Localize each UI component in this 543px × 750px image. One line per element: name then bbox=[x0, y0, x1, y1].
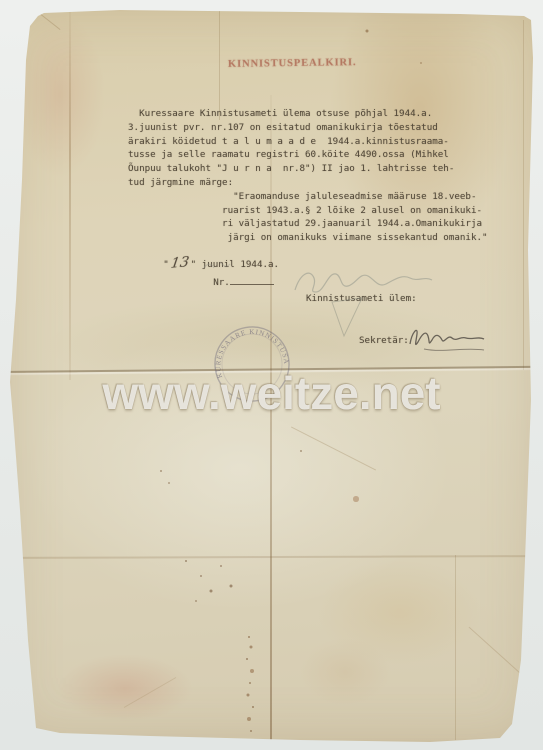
vertical-fold-top bbox=[219, 0, 220, 120]
typed-line: Kuressaare Kinnistusameti ülema otsuse p… bbox=[128, 108, 432, 120]
date-quote-open: " bbox=[163, 259, 169, 270]
number-label: Nr. bbox=[213, 277, 230, 288]
typed-line: järgi on omanikuks viimane sissekantud o… bbox=[128, 232, 488, 244]
horizontal-fold-lower bbox=[10, 555, 540, 558]
typed-line: "Eraomanduse jaluleseadmise määruse 18.v… bbox=[128, 191, 476, 203]
vertical-fold-right-edge bbox=[523, 20, 524, 370]
watermark: www.weitze.net bbox=[0, 366, 543, 420]
typed-line: ärakiri köidetud t a l u m a a d e 1944.… bbox=[128, 136, 449, 148]
typed-line: 3.juunist pvr. nr.107 on esitatud omanik… bbox=[128, 122, 438, 134]
number-underline bbox=[230, 275, 274, 285]
secretary-signature bbox=[404, 322, 492, 356]
photo-background: KINNISTUSPEALKIRI. Kuressaare Kinnistusa… bbox=[0, 0, 543, 750]
crease-bottom-right bbox=[469, 627, 533, 685]
vertical-fold-left bbox=[69, 0, 71, 380]
official-title-label: Kinnistusameti ülem: bbox=[306, 293, 417, 305]
secretary-label: Sekretär: bbox=[359, 335, 409, 347]
number-line: Nr. bbox=[180, 263, 274, 301]
crease-middle bbox=[291, 426, 376, 470]
typed-line: ruarist 1943.a.§ 2 lõike 2 alusel on oma… bbox=[128, 205, 482, 217]
title-stamp: KINNISTUSPEALKIRI. bbox=[228, 57, 357, 70]
typed-line: tud järgmine märge: bbox=[128, 177, 233, 189]
foxing-specks bbox=[248, 636, 250, 638]
typed-line: ri väljastatud 29.jaanuaril 1944.a.Omani… bbox=[128, 218, 482, 230]
typed-line: Õunpuu talukoht "J u r n a nr.8") II jao… bbox=[128, 163, 454, 175]
vertical-fold-right-bottom bbox=[455, 555, 456, 740]
crease-bottom-left bbox=[124, 677, 176, 708]
typed-line: tusse ja selle raamatu registri 60.köite… bbox=[128, 149, 449, 161]
corner-crease-topleft bbox=[32, 7, 61, 30]
